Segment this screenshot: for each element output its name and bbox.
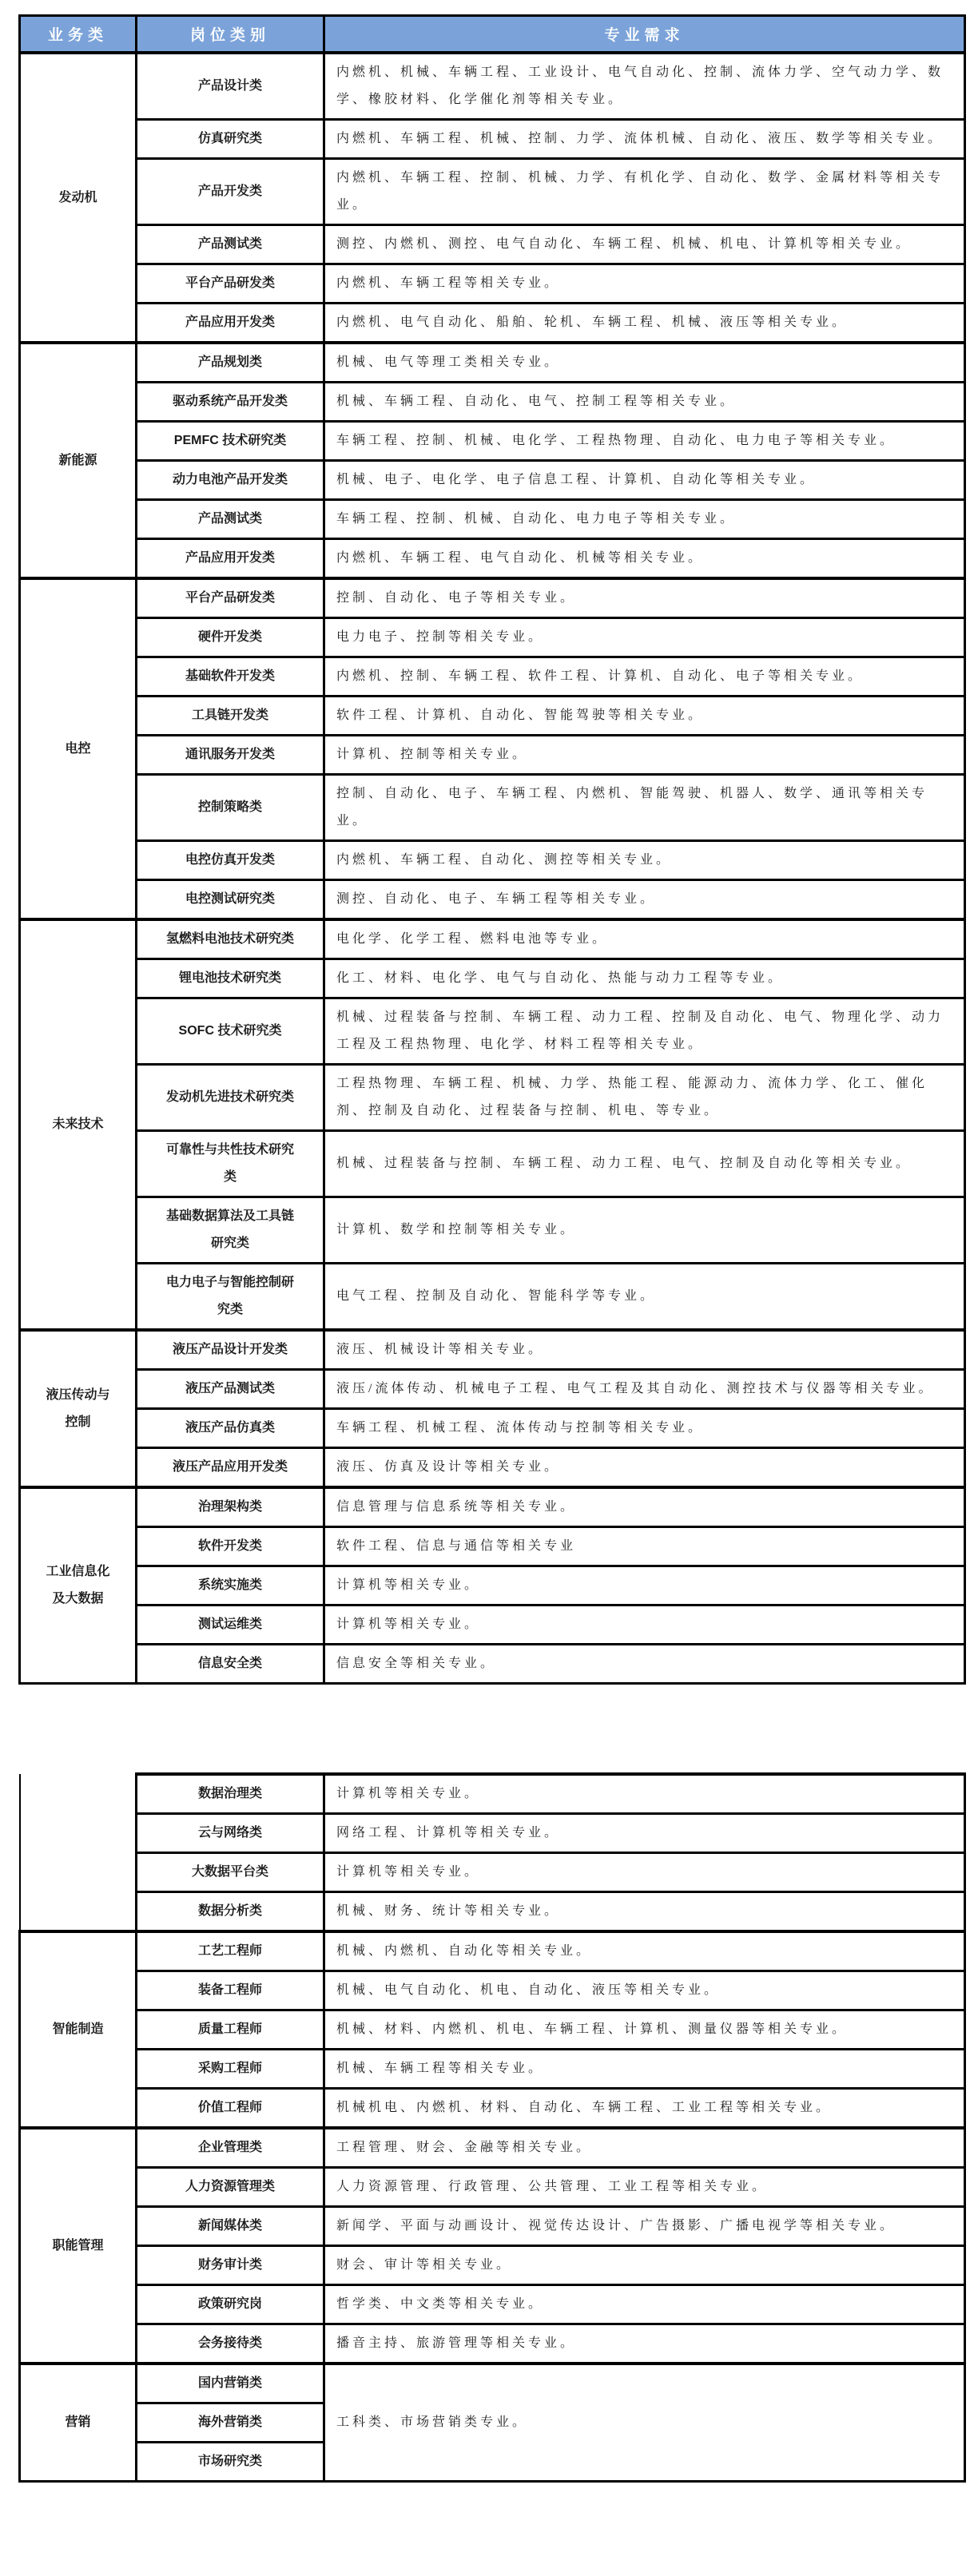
table-row: 通讯服务开发类计算机、控制等相关专业。 [20,736,965,775]
job-category-cell: 电力电子与智能控制研究类 [137,1264,324,1331]
job-category-cell: 液压产品应用开发类 [137,1448,324,1488]
job-category-cell: 海外营销类 [137,2403,324,2443]
major-requirement-cell: 计算机等相关专业。 [324,1774,965,1814]
job-category-cell: 锂电池技术研究类 [137,959,324,998]
header-business-category: 业务类 [20,16,137,54]
job-category-cell: 液压产品测试类 [137,1370,324,1409]
job-category-cell: 数据分析类 [137,1892,324,1932]
table-row: 测试运维类计算机等相关专业。 [20,1606,965,1645]
table-row: SOFC 技术研究类机械、过程装备与控制、车辆工程、动力工程、控制及自动化、电气… [20,998,965,1065]
major-requirement-cell: 车辆工程、控制、机械、自动化、电力电子等相关专业。 [324,500,965,539]
table-row: 驱动系统产品开发类机械、车辆工程、自动化、电气、控制工程等相关专业。 [20,383,965,422]
business-category-cell: 电控 [20,578,137,919]
job-category-cell: 液压产品设计开发类 [137,1330,324,1370]
table-row: 工具链开发类软件工程、计算机、自动化、智能驾驶等相关专业。 [20,697,965,736]
table-row: 可靠性与共性技术研究类机械、过程装备与控制、车辆工程、动力工程、电气、控制及自动… [20,1131,965,1197]
major-requirement-cell: 机械、过程装备与控制、车辆工程、动力工程、控制及自动化、电气、物理化学、动力工程… [324,998,965,1065]
job-category-cell: 人力资源管理类 [137,2168,324,2207]
table-row: 价值工程师机械机电、内燃机、材料、自动化、车辆工程、工业工程等相关专业。 [20,2089,965,2129]
table-row: 电力电子与智能控制研究类电气工程、控制及自动化、智能科学等专业。 [20,1264,965,1331]
major-requirement-cell: 内燃机、车辆工程等相关专业。 [324,264,965,304]
job-category-cell: 企业管理类 [137,2128,324,2168]
job-category-cell: 产品开发类 [137,159,324,225]
table-row: 液压产品仿真类车辆工程、机械工程、流体传动与控制等相关专业。 [20,1409,965,1448]
major-requirement-cell: 计算机等相关专业。 [324,1606,965,1645]
major-requirement-cell: 机械机电、内燃机、材料、自动化、车辆工程、工业工程等相关专业。 [324,2089,965,2129]
table-row: 动力电池产品开发类机械、电子、电化学、电子信息工程、计算机、自动化等相关专业。 [20,461,965,500]
job-category-cell: 价值工程师 [137,2089,324,2129]
job-category-cell: 通讯服务开发类 [137,736,324,775]
business-category-cell: 职能管理 [20,2128,137,2364]
job-category-cell: 测试运维类 [137,1606,324,1645]
table-row: 液压传动与控制液压产品设计开发类液压、机械设计等相关专业。 [20,1330,965,1370]
major-requirement-cell: 测控、自动化、电子、车辆工程等相关专业。 [324,880,965,920]
table-row: 工业信息化及大数据治理架构类信息管理与信息系统等相关专业。 [20,1487,965,1527]
job-category-cell: 液压产品仿真类 [137,1409,324,1448]
major-requirement-cell: 内燃机、车辆工程、自动化、测控等相关专业。 [324,841,965,880]
job-category-table-part1: 业务类 岗位类别 专业需求 发动机产品设计类内燃机、机械、车辆工程、工业设计、电… [18,14,966,1685]
table-row: 软件开发类软件工程、信息与通信等相关专业 [20,1527,965,1566]
major-requirement-cell: 内燃机、车辆工程、电气自动化、机械等相关专业。 [324,539,965,579]
job-category-cell: SOFC 技术研究类 [137,998,324,1065]
job-category-cell: 信息安全类 [137,1645,324,1684]
business-category-cell: 液压传动与控制 [20,1330,137,1487]
table-row: 职能管理企业管理类工程管理、财会、金融等相关专业。 [20,2128,965,2168]
business-category-cell: 新能源 [20,343,137,578]
table-row: 数据治理类计算机等相关专业。 [20,1774,965,1814]
job-category-cell: 治理架构类 [137,1487,324,1527]
table-row: 未来技术氢燃料电池技术研究类电化学、化学工程、燃料电池等专业。 [20,919,965,959]
table-row: 液压产品应用开发类液压、仿真及设计等相关专业。 [20,1448,965,1488]
major-requirement-cell: 计算机等相关专业。 [324,1853,965,1892]
major-requirement-cell: 机械、车辆工程、自动化、电气、控制工程等相关专业。 [324,383,965,422]
table-row: 基础软件开发类内燃机、控制、车辆工程、软件工程、计算机、自动化、电子等相关专业。 [20,657,965,697]
job-category-cell: 新闻媒体类 [137,2207,324,2246]
major-requirement-cell: 内燃机、机械、车辆工程、工业设计、电气自动化、控制、流体力学、空气动力学、数学、… [324,53,965,120]
major-requirement-cell: 机械、电子、电化学、电子信息工程、计算机、自动化等相关专业。 [324,461,965,500]
table-row: 新闻媒体类新闻学、平面与动画设计、视觉传达设计、广告摄影、广播电视学等相关专业。 [20,2207,965,2246]
major-requirement-cell: 计算机、数学和控制等相关专业。 [324,1197,965,1264]
job-category-cell: 采购工程师 [137,2050,324,2089]
major-requirement-cell: 机械、内燃机、自动化等相关专业。 [324,1931,965,1971]
job-category-cell: 工具链开发类 [137,697,324,736]
major-requirement-cell: 软件工程、计算机、自动化、智能驾驶等相关专业。 [324,697,965,736]
major-requirement-cell: 电气工程、控制及自动化、智能科学等专业。 [324,1264,965,1331]
major-requirement-cell: 内燃机、控制、车辆工程、软件工程、计算机、自动化、电子等相关专业。 [324,657,965,697]
job-category-cell: 电控测试研究类 [137,880,324,920]
header-major-requirement: 专业需求 [324,16,965,54]
table-row: 政策研究岗哲学类、中文类等相关专业。 [20,2285,965,2324]
major-requirement-cell: 工程管理、财会、金融等相关专业。 [324,2128,965,2168]
major-requirement-cell: 液压/流体传动、机械电子工程、电气工程及其自动化、测控技术与仪器等相关专业。 [324,1370,965,1409]
table-row: 平台产品研发类内燃机、车辆工程等相关专业。 [20,264,965,304]
major-requirement-cell: 内燃机、车辆工程、控制、机械、力学、有机化学、自动化、数学、金属材料等相关专业。 [324,159,965,225]
major-requirement-cell: 控制、自动化、电子等相关专业。 [324,578,965,618]
major-requirement-cell: 软件工程、信息与通信等相关专业 [324,1527,965,1566]
job-category-cell: 市场研究类 [137,2443,324,2482]
major-requirement-cell: 信息安全等相关专业。 [324,1645,965,1684]
major-requirement-cell: 机械、电气等理工类相关专业。 [324,343,965,383]
job-category-cell: 控制策略类 [137,775,324,841]
major-requirement-cell: 播音主持、旅游管理等相关专业。 [324,2324,965,2364]
major-requirement-cell: 财会、审计等相关专业。 [324,2246,965,2285]
table-row: 电控仿真开发类内燃机、车辆工程、自动化、测控等相关专业。 [20,841,965,880]
job-category-cell: 数据治理类 [137,1774,324,1814]
table-row: 电控平台产品研发类控制、自动化、电子等相关专业。 [20,578,965,618]
job-category-cell: 质量工程师 [137,2010,324,2050]
business-category-cell: 智能制造 [20,1931,137,2128]
recruitment-table-page: 业务类 岗位类别 专业需求 发动机产品设计类内燃机、机械、车辆工程、工业设计、电… [0,0,974,2514]
table-row: 控制策略类控制、自动化、电子、车辆工程、内燃机、智能驾驶、机器人、数学、通讯等相… [20,775,965,841]
major-requirement-cell: 工程热物理、车辆工程、机械、力学、热能工程、能源动力、流体力学、化工、催化剂、控… [324,1065,965,1131]
table-row: 智能制造工艺工程师机械、内燃机、自动化等相关专业。 [20,1931,965,1971]
table-row: 新能源产品规划类机械、电气等理工类相关专业。 [20,343,965,383]
major-requirement-cell: 机械、过程装备与控制、车辆工程、动力工程、电气、控制及自动化等相关专业。 [324,1131,965,1197]
table-row: 信息安全类信息安全等相关专业。 [20,1645,965,1684]
major-requirement-cell: 电化学、化学工程、燃料电池等专业。 [324,919,965,959]
business-category-cell: 工业信息化及大数据 [20,1487,137,1684]
table-row: 财务审计类财会、审计等相关专业。 [20,2246,965,2285]
major-requirement-cell: 机械、财务、统计等相关专业。 [324,1892,965,1932]
major-requirement-cell: 车辆工程、机械工程、流体传动与控制等相关专业。 [324,1409,965,1448]
job-category-cell: 产品规划类 [137,343,324,383]
table-row: 仿真研究类内燃机、车辆工程、机械、控制、力学、流体机械、自动化、液压、数学等相关… [20,120,965,159]
job-category-cell: 产品测试类 [137,500,324,539]
major-requirement-cell: 哲学类、中文类等相关专业。 [324,2285,965,2324]
job-category-cell: 国内营销类 [137,2364,324,2403]
table-row: 云与网络类网络工程、计算机等相关专业。 [20,1814,965,1853]
job-category-cell: 大数据平台类 [137,1853,324,1892]
job-category-cell: 氢燃料电池技术研究类 [137,919,324,959]
job-category-cell: 软件开发类 [137,1527,324,1566]
job-category-cell: 政策研究岗 [137,2285,324,2324]
major-requirement-cell: 机械、车辆工程等相关专业。 [324,2050,965,2089]
table-row: 产品测试类测控、内燃机、测控、电气自动化、车辆工程、机械、机电、计算机等相关专业… [20,225,965,264]
table-row: 数据分析类机械、财务、统计等相关专业。 [20,1892,965,1932]
table-row: 装备工程师机械、电气自动化、机电、自动化、液压等相关专业。 [20,1971,965,2010]
major-requirement-cell: 工科类、市场营销类专业。 [324,2364,965,2482]
business-category-cell: 未来技术 [20,919,137,1330]
major-requirement-cell: 内燃机、电气自动化、船舶、轮机、车辆工程、机械、液压等相关专业。 [324,304,965,343]
major-requirement-cell: 新闻学、平面与动画设计、视觉传达设计、广告摄影、广播电视学等相关专业。 [324,2207,965,2246]
table-row: 大数据平台类计算机等相关专业。 [20,1853,965,1892]
table-row: 系统实施类计算机等相关专业。 [20,1566,965,1606]
job-category-cell: 云与网络类 [137,1814,324,1853]
table-row: 产品测试类车辆工程、控制、机械、自动化、电力电子等相关专业。 [20,500,965,539]
major-requirement-cell: 信息管理与信息系统等相关专业。 [324,1487,965,1527]
business-category-cell [20,1774,137,1931]
table-row: 发动机先进技术研究类工程热物理、车辆工程、机械、力学、热能工程、能源动力、流体力… [20,1065,965,1131]
table-row: PEMFC 技术研究类车辆工程、控制、机械、电化学、工程热物理、自动化、电力电子… [20,422,965,461]
job-category-cell: 会务接待类 [137,2324,324,2364]
table-row: 产品应用开发类内燃机、电气自动化、船舶、轮机、车辆工程、机械、液压等相关专业。 [20,304,965,343]
major-requirement-cell: 机械、电气自动化、机电、自动化、液压等相关专业。 [324,1971,965,2010]
table-row: 营销国内营销类工科类、市场营销类专业。 [20,2364,965,2403]
job-category-cell: 产品测试类 [137,225,324,264]
table-row: 液压产品测试类液压/流体传动、机械电子工程、电气工程及其自动化、测控技术与仪器等… [20,1370,965,1409]
job-category-cell: 动力电池产品开发类 [137,461,324,500]
job-category-cell: 产品设计类 [137,53,324,120]
header-row: 业务类 岗位类别 专业需求 [20,16,965,54]
job-category-table-part2: 数据治理类计算机等相关专业。云与网络类网络工程、计算机等相关专业。大数据平台类计… [18,1772,966,2483]
job-category-cell: 硬件开发类 [137,618,324,657]
job-category-cell: PEMFC 技术研究类 [137,422,324,461]
job-category-cell: 电控仿真开发类 [137,841,324,880]
job-category-cell: 财务审计类 [137,2246,324,2285]
major-requirement-cell: 计算机、控制等相关专业。 [324,736,965,775]
major-requirement-cell: 测控、内燃机、测控、电气自动化、车辆工程、机械、机电、计算机等相关专业。 [324,225,965,264]
table-row: 产品应用开发类内燃机、车辆工程、电气自动化、机械等相关专业。 [20,539,965,579]
job-category-cell: 仿真研究类 [137,120,324,159]
header-job-category: 岗位类别 [137,16,324,54]
major-requirement-cell: 人力资源管理、行政管理、公共管理、工业工程等相关专业。 [324,2168,965,2207]
job-category-cell: 基础数据算法及工具链研究类 [137,1197,324,1264]
table-row: 锂电池技术研究类化工、材料、电化学、电气与自动化、热能与动力工程等专业。 [20,959,965,998]
job-category-cell: 系统实施类 [137,1566,324,1606]
major-requirement-cell: 液压、机械设计等相关专业。 [324,1330,965,1370]
table-row: 产品开发类内燃机、车辆工程、控制、机械、力学、有机化学、自动化、数学、金属材料等… [20,159,965,225]
table-row: 发动机产品设计类内燃机、机械、车辆工程、工业设计、电气自动化、控制、流体力学、空… [20,53,965,120]
table-header: 业务类 岗位类别 专业需求 [20,16,965,54]
business-category-cell: 营销 [20,2364,137,2482]
table-row: 会务接待类播音主持、旅游管理等相关专业。 [20,2324,965,2364]
major-requirement-cell: 计算机等相关专业。 [324,1566,965,1606]
business-category-cell: 发动机 [20,53,137,343]
job-category-cell: 可靠性与共性技术研究类 [137,1131,324,1197]
job-category-cell: 平台产品研发类 [137,578,324,618]
major-requirement-cell: 化工、材料、电化学、电气与自动化、热能与动力工程等专业。 [324,959,965,998]
major-requirement-cell: 车辆工程、控制、机械、电化学、工程热物理、自动化、电力电子等相关专业。 [324,422,965,461]
table-row: 采购工程师机械、车辆工程等相关专业。 [20,2050,965,2089]
major-requirement-cell: 机械、材料、内燃机、机电、车辆工程、计算机、测量仪器等相关专业。 [324,2010,965,2050]
table-row: 质量工程师机械、材料、内燃机、机电、车辆工程、计算机、测量仪器等相关专业。 [20,2010,965,2050]
job-category-cell: 产品应用开发类 [137,304,324,343]
table-row: 硬件开发类电力电子、控制等相关专业。 [20,618,965,657]
job-category-cell: 装备工程师 [137,1971,324,2010]
job-category-cell: 发动机先进技术研究类 [137,1065,324,1131]
job-category-cell: 平台产品研发类 [137,264,324,304]
major-requirement-cell: 控制、自动化、电子、车辆工程、内燃机、智能驾驶、机器人、数学、通讯等相关专业。 [324,775,965,841]
table-row: 人力资源管理类人力资源管理、行政管理、公共管理、工业工程等相关专业。 [20,2168,965,2207]
page-break-gap [18,1685,974,1772]
table-row: 基础数据算法及工具链研究类计算机、数学和控制等相关专业。 [20,1197,965,1264]
major-requirement-cell: 网络工程、计算机等相关专业。 [324,1814,965,1853]
job-category-cell: 产品应用开发类 [137,539,324,579]
job-category-cell: 基础软件开发类 [137,657,324,697]
major-requirement-cell: 电力电子、控制等相关专业。 [324,618,965,657]
major-requirement-cell: 内燃机、车辆工程、机械、控制、力学、流体机械、自动化、液压、数学等相关专业。 [324,120,965,159]
major-requirement-cell: 液压、仿真及设计等相关专业。 [324,1448,965,1488]
job-category-cell: 工艺工程师 [137,1931,324,1971]
table-row: 电控测试研究类测控、自动化、电子、车辆工程等相关专业。 [20,880,965,920]
job-category-cell: 驱动系统产品开发类 [137,383,324,422]
